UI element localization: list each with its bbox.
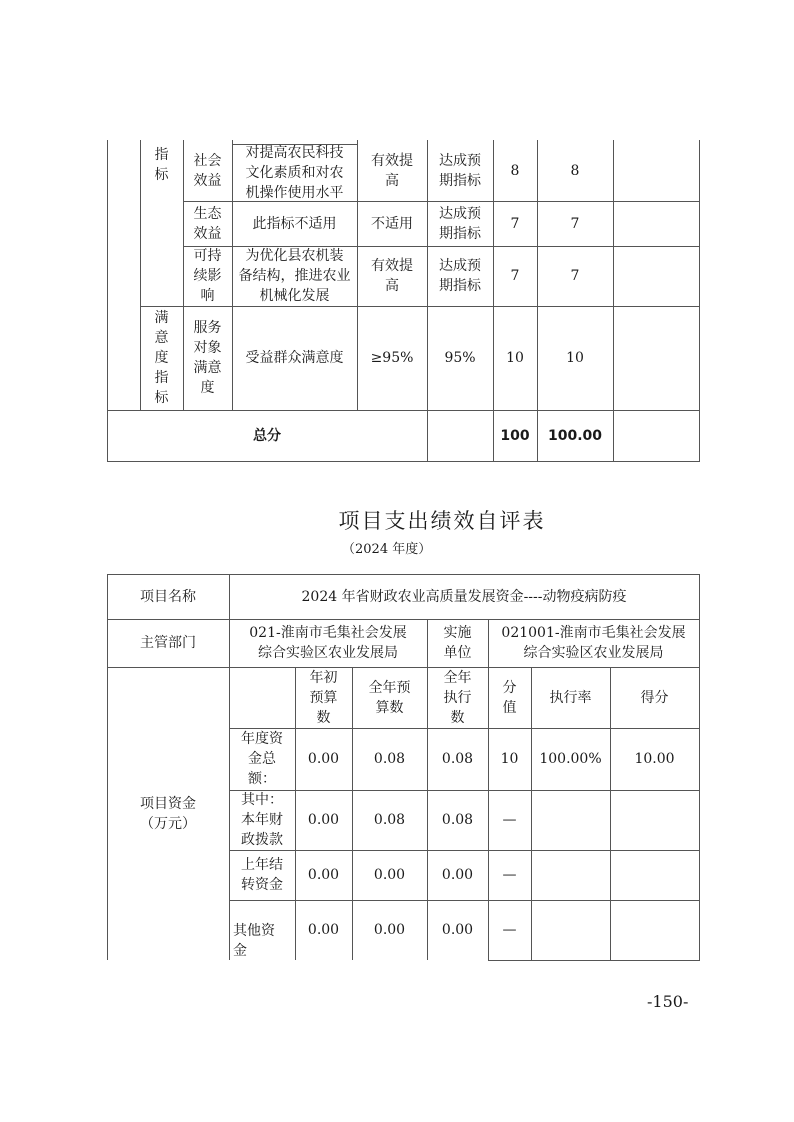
weight-value: — [488, 850, 531, 900]
col-header-weight: 分 值 [488, 667, 531, 728]
indicator-text: 受益群众满意度 [232, 306, 357, 410]
executed-value: 0.08 [427, 728, 488, 790]
subcategory-label: 生态 效益 [183, 201, 232, 246]
rate-value [531, 900, 610, 960]
row-label: 其他资 金 [229, 900, 295, 962]
indicator-text: 为优化县农机装 备结构，推进农业 机械化发展 [232, 246, 357, 306]
page-number: -150- [647, 992, 688, 1011]
target-value: 不适用 [357, 201, 427, 246]
score-value: 7 [537, 246, 613, 306]
indicator-text: 对提高农民科技 文化素质和对农 机操作使用水平 [232, 144, 357, 201]
score-value: 10 [537, 306, 613, 410]
weight-value: 7 [493, 201, 537, 246]
weight-value: 10 [488, 728, 531, 790]
score-value: 7 [537, 201, 613, 246]
subcategory-label: 社会 效益 [183, 140, 232, 201]
initial-value: 0.00 [295, 900, 352, 960]
col-header-annual: 全年预 算数 [352, 667, 427, 728]
weight-value: — [488, 900, 531, 960]
impl-label: 实施 单位 [427, 619, 488, 667]
project-name-label: 项目名称 [107, 574, 229, 619]
section-title: 项目支出绩效自评表 [0, 505, 794, 535]
col-header-rate: 执行率 [531, 667, 610, 728]
initial-value: 0.00 [295, 790, 352, 850]
score-value [610, 900, 699, 960]
executed-value: 0.00 [427, 850, 488, 900]
actual-value: 达成预 期指标 [427, 140, 493, 201]
actual-value: 达成预 期指标 [427, 246, 493, 306]
row-label: 其中： 本年财 政拨款 [229, 790, 295, 850]
dept-label: 主管部门 [107, 619, 229, 667]
project-name-value: 2024 年省财政农业高质量发展资金----动物疫病防疫 [229, 574, 699, 619]
total-score: 100.00 [537, 410, 613, 461]
weight-value: 8 [493, 140, 537, 201]
initial-value: 0.00 [295, 728, 352, 790]
rate-value [531, 790, 610, 850]
table-border [488, 960, 700, 961]
annual-value: 0.00 [352, 850, 427, 900]
executed-value: 0.00 [427, 900, 488, 960]
total-label: 总分 [107, 410, 427, 461]
actual-value: 95% [427, 306, 493, 410]
impl-value: 021001-淮南市毛集社会发展 综合实验区农业发展局 [488, 619, 699, 667]
category-label: 满 意 度 指 标 [140, 306, 183, 410]
row-label: 上年结 转资金 [229, 850, 295, 900]
score-value [610, 790, 699, 850]
target-value: 有效提 高 [357, 140, 427, 201]
funds-label: 项目资金 （万元） [107, 667, 229, 960]
initial-value: 0.00 [295, 850, 352, 900]
table-border [699, 574, 700, 961]
annual-value: 0.08 [352, 728, 427, 790]
indicator-text: 此指标不适用 [232, 201, 357, 246]
subcategory-label: 可持 续影 响 [183, 246, 232, 306]
weight-value: — [488, 790, 531, 850]
col-header-initial: 年初 预算 数 [295, 667, 352, 728]
table-border [699, 140, 700, 461]
target-value: ≥95% [357, 306, 427, 410]
score-value: 8 [537, 140, 613, 201]
table-border [107, 461, 700, 462]
target-value: 有效提 高 [357, 246, 427, 306]
score-value: 10.00 [610, 728, 699, 790]
rate-value [531, 850, 610, 900]
weight-value: 7 [493, 246, 537, 306]
dept-value: 021-淮南市毛集社会发展 综合实验区农业发展局 [229, 619, 427, 667]
total-weight: 100 [493, 410, 537, 461]
actual-value: 达成预 期指标 [427, 201, 493, 246]
weight-value: 10 [493, 306, 537, 410]
section-subtitle: （2024 年度） [342, 538, 431, 557]
category-label: 指 标 [140, 140, 183, 190]
annual-value: 0.00 [352, 900, 427, 960]
rate-value: 100.00% [531, 728, 610, 790]
score-value [610, 850, 699, 900]
table-border [613, 140, 614, 461]
col-header-executed: 全年 执行 数 [427, 667, 488, 728]
row-label: 年度资 金总 额： [229, 728, 295, 790]
annual-value: 0.08 [352, 790, 427, 850]
executed-value: 0.08 [427, 790, 488, 850]
subcategory-label: 服务 对象 满意 度 [183, 306, 232, 410]
col-header-score: 得分 [610, 667, 699, 728]
